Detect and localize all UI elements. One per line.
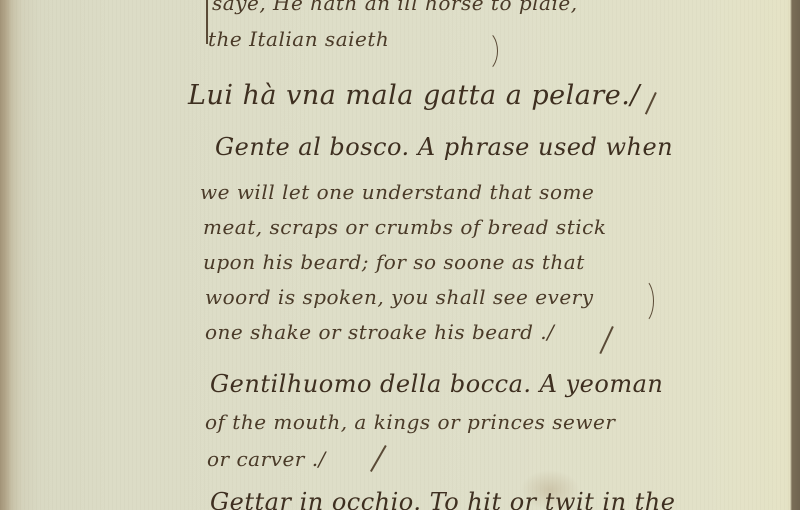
end-mark-slash	[645, 92, 657, 114]
headword-gentilhuomo-della-bocca: Gentilhuomo della bocca. A yeoman	[210, 370, 663, 398]
manuscript-line-5: we will let one understand that some	[200, 180, 594, 204]
headword-gettar-in-occhio: Gettar in occhio. To hit or twit in the	[210, 488, 675, 510]
manuscript-line-7: upon his beard; for so soone as that	[203, 250, 585, 274]
manuscript-line-1: saye, He hath an ill horse to plaie,	[212, 0, 578, 15]
end-mark-slash	[370, 445, 386, 472]
closing-flourish	[630, 278, 654, 324]
manuscript-line-2: the Italian saieth	[208, 27, 389, 51]
headword-lui-ha-vna-mala-gatta: Lui hà vna mala gatta a pelare./	[188, 80, 640, 111]
manuscript-page: saye, He hath an ill horse to plaie, the…	[0, 0, 800, 510]
manuscript-line-8: woord is spoken, you shall see every	[205, 285, 594, 309]
manuscript-line-9: one shake or stroake his beard ./	[205, 320, 554, 344]
manuscript-line-12: or carver ./	[207, 447, 326, 471]
end-mark-slash	[599, 326, 613, 354]
manuscript-line-6: meat, scraps or crumbs of bread stick	[203, 215, 606, 239]
manuscript-line-11: of the mouth, a kings or princes sewer	[205, 410, 615, 434]
headword-gente-al-bosco: Gente al bosco. A phrase used when	[215, 133, 673, 161]
closing-flourish	[470, 30, 498, 72]
